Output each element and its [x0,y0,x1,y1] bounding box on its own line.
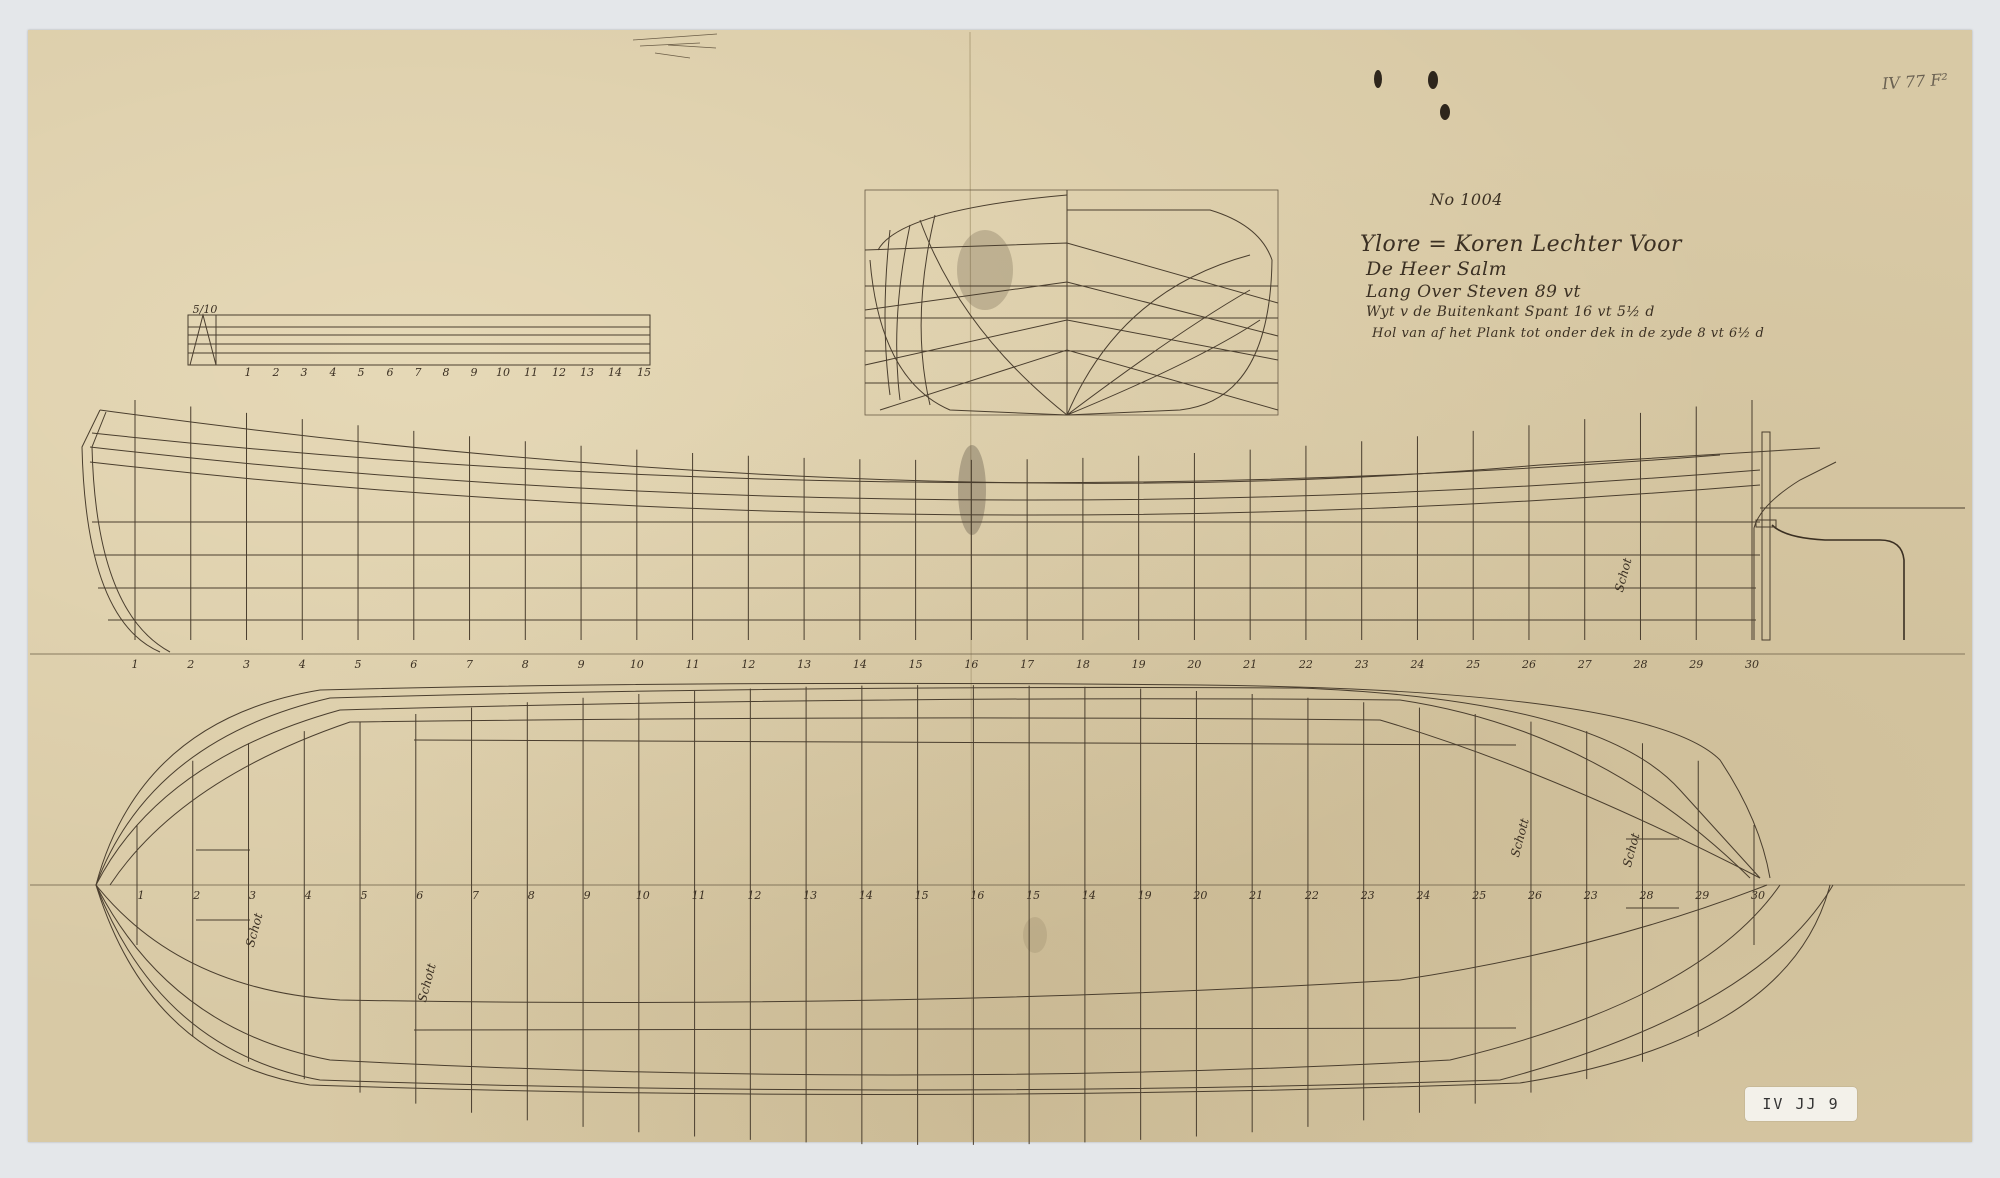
body-plan [865,190,1278,415]
hb-station-label: 15 [915,889,929,902]
sheer-station-label: 2 [187,658,194,671]
hb-station-label: 29 [1695,889,1709,902]
hb-station-label: 8 [528,889,535,902]
sheer-station-label: 25 [1466,658,1480,671]
scale-number: 8 [443,366,450,379]
sheer-station-label: 15 [909,658,923,671]
hb-station-label: 11 [692,889,706,902]
hb-station-label: 30 [1751,889,1765,902]
scale-number: 2 [273,366,280,379]
hb-station-label: 26 [1528,889,1542,902]
scale-number: 6 [387,366,394,379]
sheer-station-label: 11 [686,658,700,671]
ink-blot [1428,71,1438,89]
sheer-station-label: 24 [1410,658,1424,671]
hb-station-label: 22 [1305,889,1319,902]
ink-blot [1374,70,1382,88]
pencil-scribble [633,34,717,58]
scale-number: 5 [358,366,365,379]
drawing-number: No 1004 [1430,190,1503,209]
hb-station-label: 9 [584,889,591,902]
half-breadth-plan [30,683,1965,1094]
scale-bar [188,315,650,365]
scale-number: 13 [580,366,594,379]
sheer-station-label: 6 [410,658,417,671]
sheer-station-label: 29 [1689,658,1703,671]
sheer-station-label: 21 [1243,658,1257,671]
sheer-station-label: 12 [741,658,755,671]
hb-station-label: 10 [636,889,650,902]
hb-station-label: 13 [803,889,817,902]
ink-blot [1440,104,1450,120]
hb-station-label: 19 [1138,889,1152,902]
sheer-station-label: 19 [1132,658,1146,671]
scale-number: 14 [608,366,622,379]
hb-station-label: 12 [747,889,761,902]
hb-station-label: 25 [1472,889,1486,902]
scale-top-label: 5/10 [193,303,218,316]
sheer-station-label: 22 [1299,658,1313,671]
hb-station-label: 7 [472,889,479,902]
scale-number: 1 [245,366,252,379]
stain [957,230,1013,310]
hb-station-label: 14 [859,889,873,902]
hb-station-label: 16 [970,889,984,902]
hb-station-label: 4 [305,889,312,902]
sheer-station-label: 4 [299,658,306,671]
title-line-3: Lang Over Steven 89 vt [1366,282,1581,302]
scale-number: 10 [496,366,510,379]
hb-station-label: 2 [193,889,200,902]
title-line-4: Wyt v de Buitenkant Spant 16 vt 5½ d [1366,304,1655,320]
scale-number: 12 [552,366,566,379]
sheer-station-label: 18 [1076,658,1090,671]
sheer-station-label: 26 [1522,658,1536,671]
sheer-station-label: 5 [355,658,362,671]
hb-station-label: 15 [1026,889,1040,902]
sheer-plan [30,410,1965,654]
hb-station-label: 14 [1082,889,1096,902]
lines-drawing [0,0,2000,1178]
sheer-station-label: 8 [522,658,529,671]
stain [1023,917,1047,953]
sheer-station-label: 7 [466,658,473,671]
title-line-1: Ylore = Koren Lechter Voor [1360,232,1682,257]
hb-station-label: 21 [1249,889,1263,902]
scale-number: 3 [301,366,308,379]
sheer-station-label: 1 [132,658,139,671]
hb-station-label: 1 [138,889,145,902]
sheer-station-label: 20 [1187,658,1201,671]
hb-station-label: 3 [249,889,256,902]
scale-number: 4 [330,366,337,379]
sheer-station-label: 13 [797,658,811,671]
hb-station-label: 20 [1193,889,1207,902]
sheer-station-label: 3 [243,658,250,671]
sheer-station-label: 23 [1355,658,1369,671]
hb-station-label: 5 [361,889,368,902]
title-line-2: De Heer Salm [1366,258,1507,280]
scale-number: 9 [471,366,478,379]
scale-number: 7 [415,366,422,379]
hb-station-label: 24 [1416,889,1430,902]
sheer-station-label: 30 [1745,658,1759,671]
sheer-station-label: 10 [630,658,644,671]
sheer-station-label: 28 [1633,658,1647,671]
hb-station-label: 6 [416,889,423,902]
sheer-station-label: 17 [1020,658,1034,671]
scale-number: 11 [524,366,538,379]
hb-station-label: 23 [1361,889,1375,902]
hb-station-label: 23 [1584,889,1598,902]
sheer-station-label: 14 [853,658,867,671]
sheer-station-label: 27 [1578,658,1592,671]
sheer-station-label: 16 [964,658,978,671]
scale-number: 15 [637,366,651,379]
title-line-5: Hol van af het Plank tot onder dek in de… [1372,326,1764,341]
archive-label-tag: IV JJ 9 [1745,1087,1857,1121]
hb-station-label: 28 [1639,889,1653,902]
sheer-station-label: 9 [578,658,585,671]
